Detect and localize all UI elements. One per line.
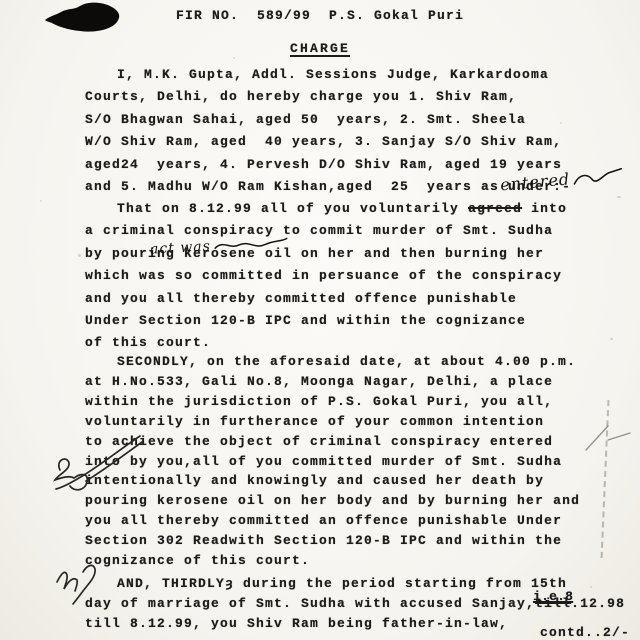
pen-mark-strokes [586, 426, 630, 450]
text-segment: into [522, 201, 567, 216]
text-line: voluntarily in furtherance of your commo… [85, 412, 625, 432]
scanned-charge-document: { "colors": { "paper": "#f6f4ef", "ink":… [0, 0, 640, 640]
text-line-with-overtype: day of marriage of Smt. Sudha with accus… [85, 594, 625, 614]
text-line: at H.No.533, Gali No.8, Moonga Nagar, De… [85, 372, 625, 392]
document-title: CHARGE [0, 38, 640, 60]
paragraph-second-charge: SECONDLY, on the aforesaid date, at abou… [85, 352, 625, 571]
text-line: Under Section 120-B IPC and within the c… [85, 310, 625, 332]
text-line-with-correction: That on 8.12.99 all of you voluntarily a… [85, 198, 625, 220]
margin-scribble-initials [50, 552, 106, 608]
scribble-strokes [55, 436, 142, 490]
fir-number-line: FIR NO. 589/99 P.S. Gokal Puri [0, 5, 640, 27]
text-segment: day of marriage of Smt. Sudha with accus… [85, 596, 535, 611]
paper-speck [120, 96, 123, 98]
text-line: and you all thereby committed offence pu… [85, 288, 625, 310]
text-line: to achieve the object of criminal conspi… [85, 432, 625, 452]
text-line: intentionally and knowingly and caused h… [85, 471, 625, 491]
text-segment: That on 8.12.99 all of you voluntarily [117, 201, 468, 216]
paper-speck [610, 338, 613, 340]
text-line: cognizance of this court. [85, 551, 625, 571]
text-segment: .12.98 [571, 596, 625, 611]
overtype-correction: i.e.8 [533, 587, 573, 607]
paper-speck [617, 196, 621, 198]
paper-speck [560, 122, 562, 124]
text-line: you all thereby committed an offence pun… [85, 511, 625, 531]
text-line: within the jurisdiction of P.S. Gokal Pu… [85, 392, 625, 412]
paragraph-first-charge: That on 8.12.99 all of you voluntarily a… [85, 198, 625, 355]
text-line: Courts, Delhi, do hereby charge you 1. S… [85, 86, 625, 108]
margin-pen-marks [578, 412, 634, 456]
paper-speck [233, 57, 235, 59]
text-line: S/O Bhagwan Sahai, aged 50 years, 2. Smt… [85, 109, 625, 131]
document-page: FIR NO. 589/99 P.S. Gokal Puri CHARGE I,… [0, 0, 640, 640]
text-line: SECONDLY, on the aforesaid date, at abou… [85, 352, 625, 372]
overtyped-date: tilli.e.8 [535, 594, 571, 614]
paper-speck [590, 586, 592, 588]
text-line: pouring kerosene oil on her body and by … [85, 491, 625, 511]
margin-scribble-signature [44, 430, 144, 502]
text-line: Section 302 Readwith Section 120-B IPC a… [85, 531, 625, 551]
text-line: I, M.K. Gupta, Addl. Sessions Judge, Kar… [85, 64, 625, 86]
text-line: a criminal conspiracy to commit murder o… [85, 220, 625, 242]
struck-word: agreed [468, 201, 522, 216]
paper-speck [133, 466, 135, 468]
text-line: W/O Shiv Ram, aged 40 years, 3. Sanjay S… [85, 131, 625, 153]
continuation-note: contd..2/- [540, 622, 630, 640]
text-line: which was so committed in persuance of t… [85, 265, 625, 287]
paper-speck [93, 322, 95, 324]
paper-speck [40, 200, 42, 202]
paper-speck [78, 254, 81, 257]
handwritten-word: act was [150, 238, 212, 257]
text-line: into by you,all of you committed murder … [85, 452, 625, 472]
scribble-strokes [57, 565, 95, 604]
